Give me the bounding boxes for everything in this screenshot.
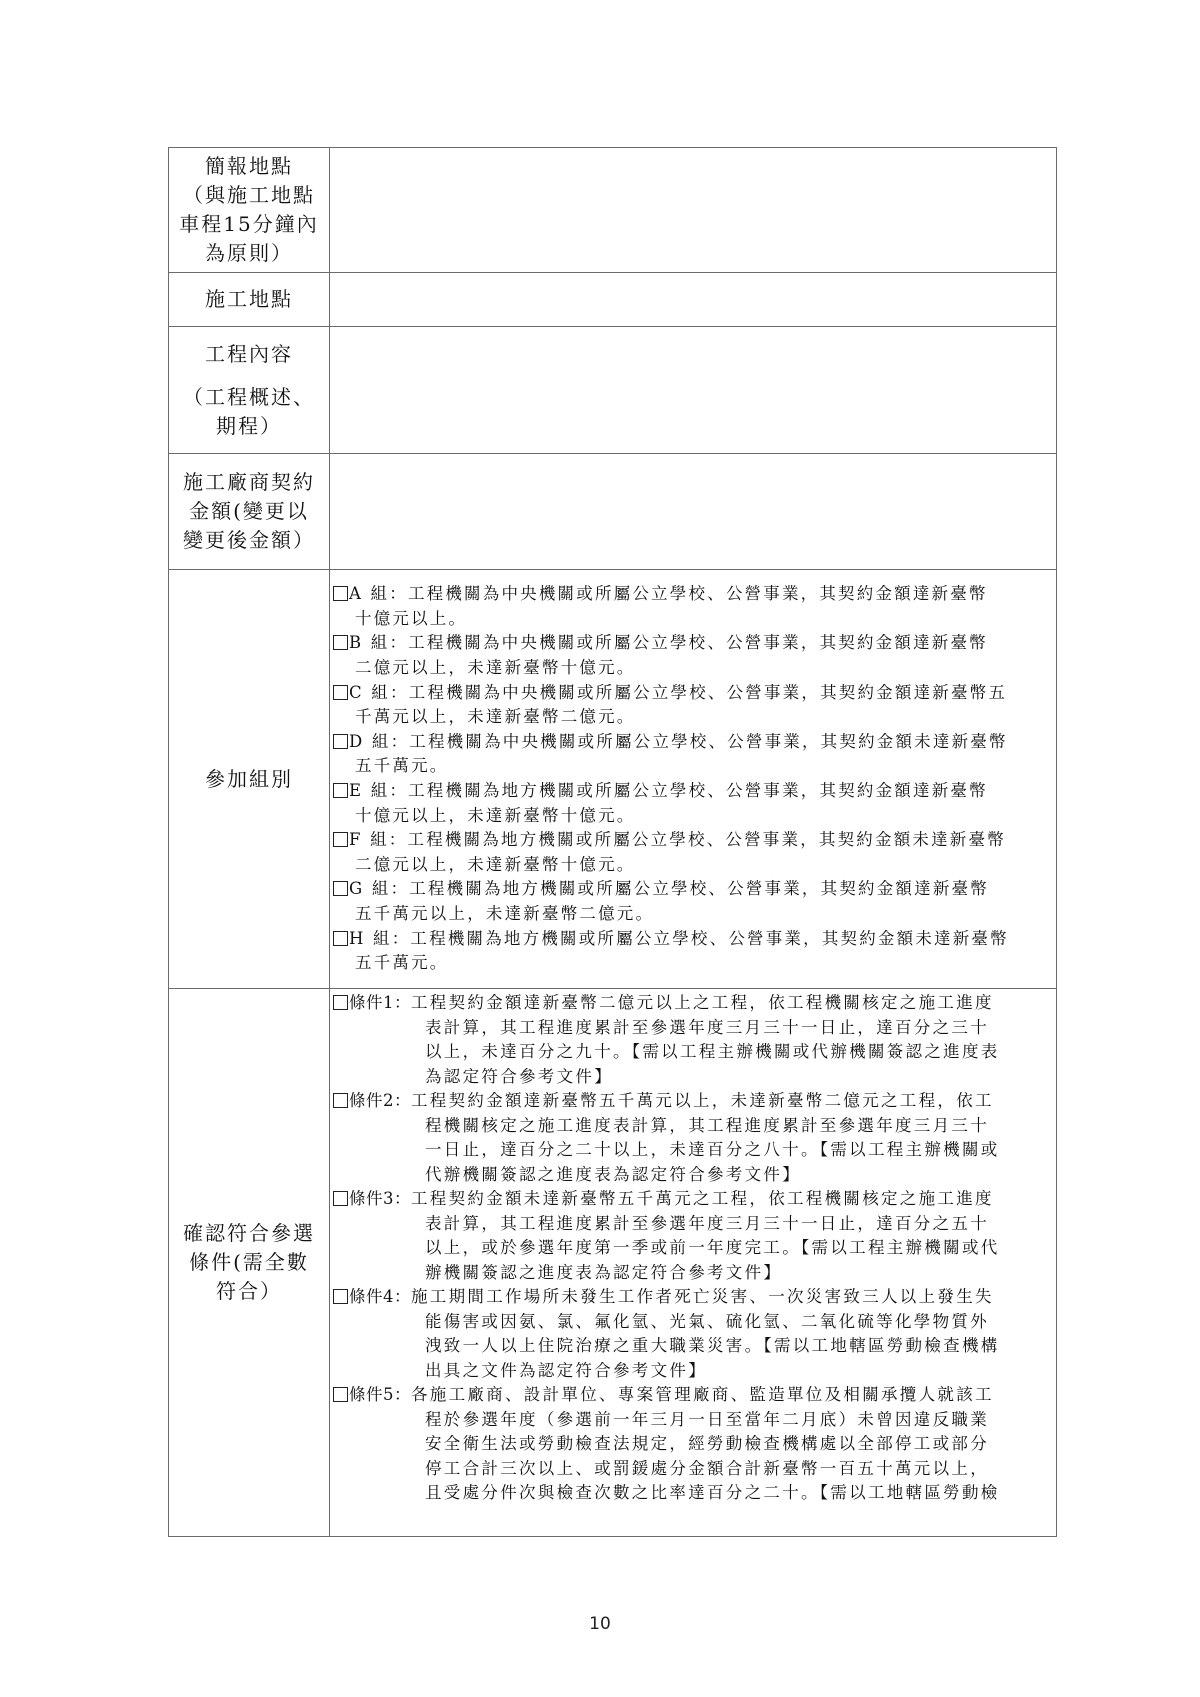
row-eligibility-conditions: 確認符合參選 條件(需全數 符合） 條件1：工程契約金額達新臺幣二億元以上之工程… [169,989,1057,1537]
group-option-a: A 組：工程機關為中央機關或所屬公立學校、公營事業，其契約金額達新臺幣 十億元以… [333,582,1052,631]
label-contract-amount: 施工廠商契約 金額(變更以 變更後金額） [169,454,330,570]
page-number: 10 [0,1614,1200,1634]
application-form-table: 簡報地點 （與施工地點 車程15分鐘內 為原則） 施工地點 工程內容 （工程概述… [168,147,1057,1537]
field-construction-site[interactable] [330,273,1057,327]
field-briefing-location[interactable] [330,148,1057,273]
group-option-d: D 組：工程機關為中央機關或所屬公立學校、公營事業，其契約金額未達新臺幣 五千萬… [333,730,1052,779]
label-project-content: 工程內容 （工程概述、 期程） [169,327,330,454]
field-project-content[interactable] [330,327,1057,454]
checkbox-group-b[interactable] [333,635,348,650]
group-option-b: B 組：工程機關為中央機關或所屬公立學校、公營事業，其契約金額達新臺幣 二億元以… [333,631,1052,680]
checkbox-condition-1[interactable] [333,995,348,1010]
row-briefing-location: 簡報地點 （與施工地點 車程15分鐘內 為原則） [169,148,1057,273]
condition-2: 條件2：工程契約金額達新臺幣五千萬元以上，未達新臺幣二億元之工程，依工 程機關核… [333,1089,1052,1187]
group-option-h: H 組：工程機關為地方機關或所屬公立學校、公營事業，其契約金額未達新臺幣 五千萬… [333,927,1052,976]
checkbox-group-g[interactable] [333,881,348,896]
checkbox-group-a[interactable] [333,586,348,601]
checkbox-condition-4[interactable] [333,1289,348,1304]
group-option-e: E 組：工程機關為地方機關或所屬公立學校、公營事業，其契約金額達新臺幣 十億元以… [333,779,1052,828]
checkbox-group-h[interactable] [333,931,348,946]
label-eligibility-conditions: 確認符合參選 條件(需全數 符合） [169,989,330,1537]
group-option-f: F 組：工程機關為地方機關或所屬公立學校、公營事業，其契約金額未達新臺幣 二億元… [333,828,1052,877]
checkbox-condition-2[interactable] [333,1093,348,1108]
field-contract-amount[interactable] [330,454,1057,570]
group-options: A 組：工程機關為中央機關或所屬公立學校、公營事業，其契約金額達新臺幣 十億元以… [330,570,1057,989]
checkbox-group-c[interactable] [333,685,348,700]
condition-1: 條件1：工程契約金額達新臺幣二億元以上之工程，依工程機關核定之施工進度 表計算，… [333,991,1052,1089]
condition-5: 條件5：各施工廠商、設計單位、專案管理廠商、監造單位及相關承攬人就該工 程於參選… [333,1383,1052,1506]
row-participation-group: 參加組別 A 組：工程機關為中央機關或所屬公立學校、公營事業，其契約金額達新臺幣… [169,570,1057,989]
label-participation-group: 參加組別 [169,570,330,989]
condition-3: 條件3：工程契約金額未達新臺幣五千萬元之工程，依工程機關核定之施工進度 表計算，… [333,1187,1052,1285]
checkbox-condition-3[interactable] [333,1191,348,1206]
row-project-content: 工程內容 （工程概述、 期程） [169,327,1057,454]
document-page: 簡報地點 （與施工地點 車程15分鐘內 為原則） 施工地點 工程內容 （工程概述… [0,0,1200,1697]
checkbox-group-d[interactable] [333,734,348,749]
checkbox-condition-5[interactable] [333,1387,348,1402]
condition-4: 條件4：施工期間工作場所未發生工作者死亡災害、一次災害致三人以上發生失 能傷害或… [333,1285,1052,1383]
condition-options: 條件1：工程契約金額達新臺幣二億元以上之工程，依工程機關核定之施工進度 表計算，… [330,989,1057,1537]
checkbox-group-f[interactable] [333,832,348,847]
label-construction-site: 施工地點 [169,273,330,327]
label-briefing-location: 簡報地點 （與施工地點 車程15分鐘內 為原則） [169,148,330,273]
row-construction-site: 施工地點 [169,273,1057,327]
checkbox-group-e[interactable] [333,783,348,798]
row-contract-amount: 施工廠商契約 金額(變更以 變更後金額） [169,454,1057,570]
group-option-g: G 組：工程機關為地方機關或所屬公立學校、公營事業，其契約金額達新臺幣 五千萬元… [333,877,1052,926]
group-option-c: C 組：工程機關為中央機關或所屬公立學校、公營事業，其契約金額達新臺幣五 千萬元… [333,681,1052,730]
